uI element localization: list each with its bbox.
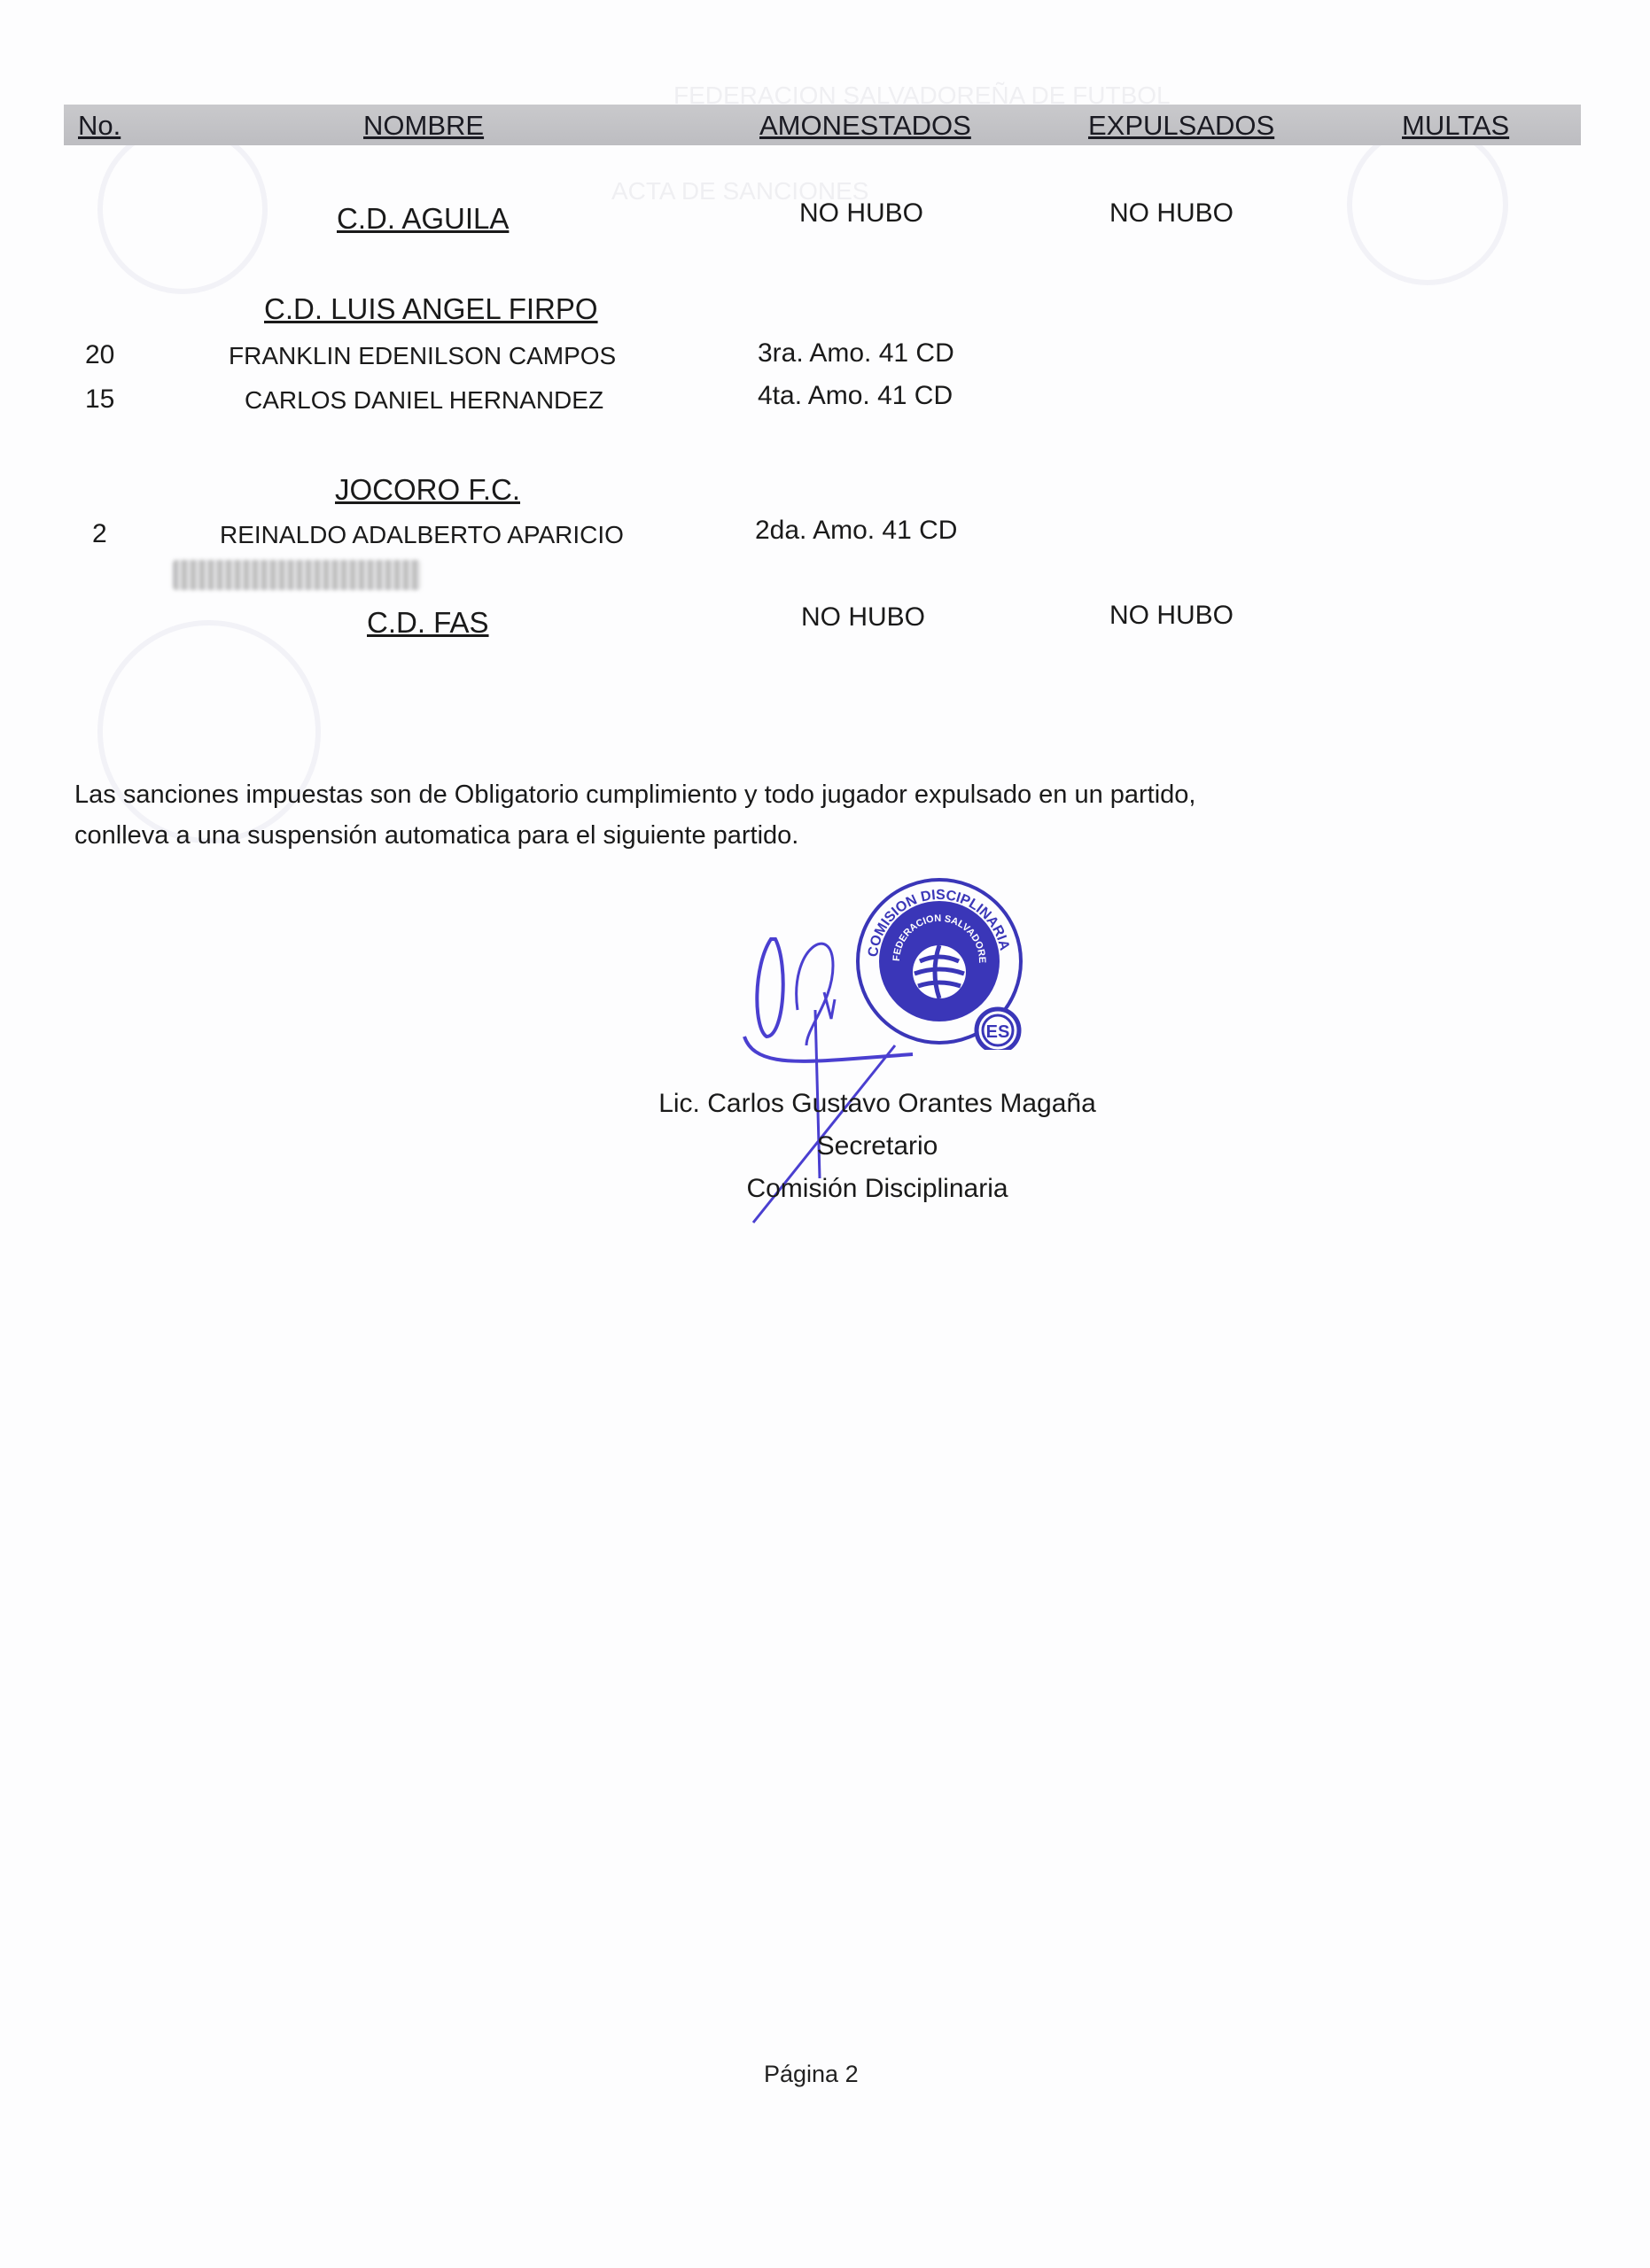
expulsados-value: NO HUBO	[1109, 601, 1234, 631]
amonestado-value: 2da. Amo. 41 CD	[755, 516, 957, 546]
column-header-no: No.	[78, 110, 121, 142]
column-header-nombre: NOMBRE	[363, 110, 484, 142]
expulsados-value: NO HUBO	[1109, 198, 1234, 229]
player-number: 2	[92, 519, 107, 549]
player-name: REINALDO ADALBERTO APARICIO	[220, 521, 624, 549]
team-name: C.D. FAS	[367, 606, 489, 640]
sanctions-notice: Las sanciones impuestas son de Obligator…	[74, 774, 1404, 856]
column-header-amonestados: AMONESTADOS	[759, 110, 971, 142]
page-number: Página 2	[764, 2061, 859, 2088]
ink-smudge	[173, 560, 421, 590]
signature-block: Lic. Carlos Gustavo Orantes Magaña Secre…	[620, 1083, 1134, 1210]
team-name: JOCORO F.C.	[335, 473, 520, 507]
team-name: C.D. LUIS ANGEL FIRPO	[264, 292, 598, 326]
document-page: FEDERACION SALVADOREÑA DE FUTBOL ACTA DE…	[0, 0, 1650, 2268]
player-name: CARLOS DANIEL HERNANDEZ	[245, 386, 603, 415]
bleed-through-seal	[1347, 124, 1508, 285]
amonestados-value: NO HUBO	[799, 198, 923, 229]
player-name: FRANKLIN EDENILSON CAMPOS	[229, 342, 616, 370]
notice-line: Las sanciones impuestas son de Obligator…	[74, 774, 1404, 815]
column-header-multas: MULTAS	[1402, 110, 1509, 142]
player-number: 15	[85, 384, 114, 415]
player-number: 20	[85, 340, 114, 370]
amonestado-value: 3ra. Amo. 41 CD	[758, 338, 954, 369]
bleed-through-seal	[97, 124, 268, 294]
amonestado-value: 4ta. Amo. 41 CD	[758, 381, 953, 411]
team-name: C.D. AGUILA	[337, 202, 509, 236]
column-header-expulsados: EXPULSADOS	[1088, 110, 1274, 142]
signatory-office: Comisión Disciplinaria	[620, 1168, 1134, 1210]
signatory-name: Lic. Carlos Gustavo Orantes Magaña	[620, 1083, 1134, 1125]
notice-line: conlleva a una suspensión automatica par…	[74, 815, 1404, 856]
signatory-title: Secretario	[620, 1125, 1134, 1168]
amonestados-value: NO HUBO	[801, 602, 925, 633]
